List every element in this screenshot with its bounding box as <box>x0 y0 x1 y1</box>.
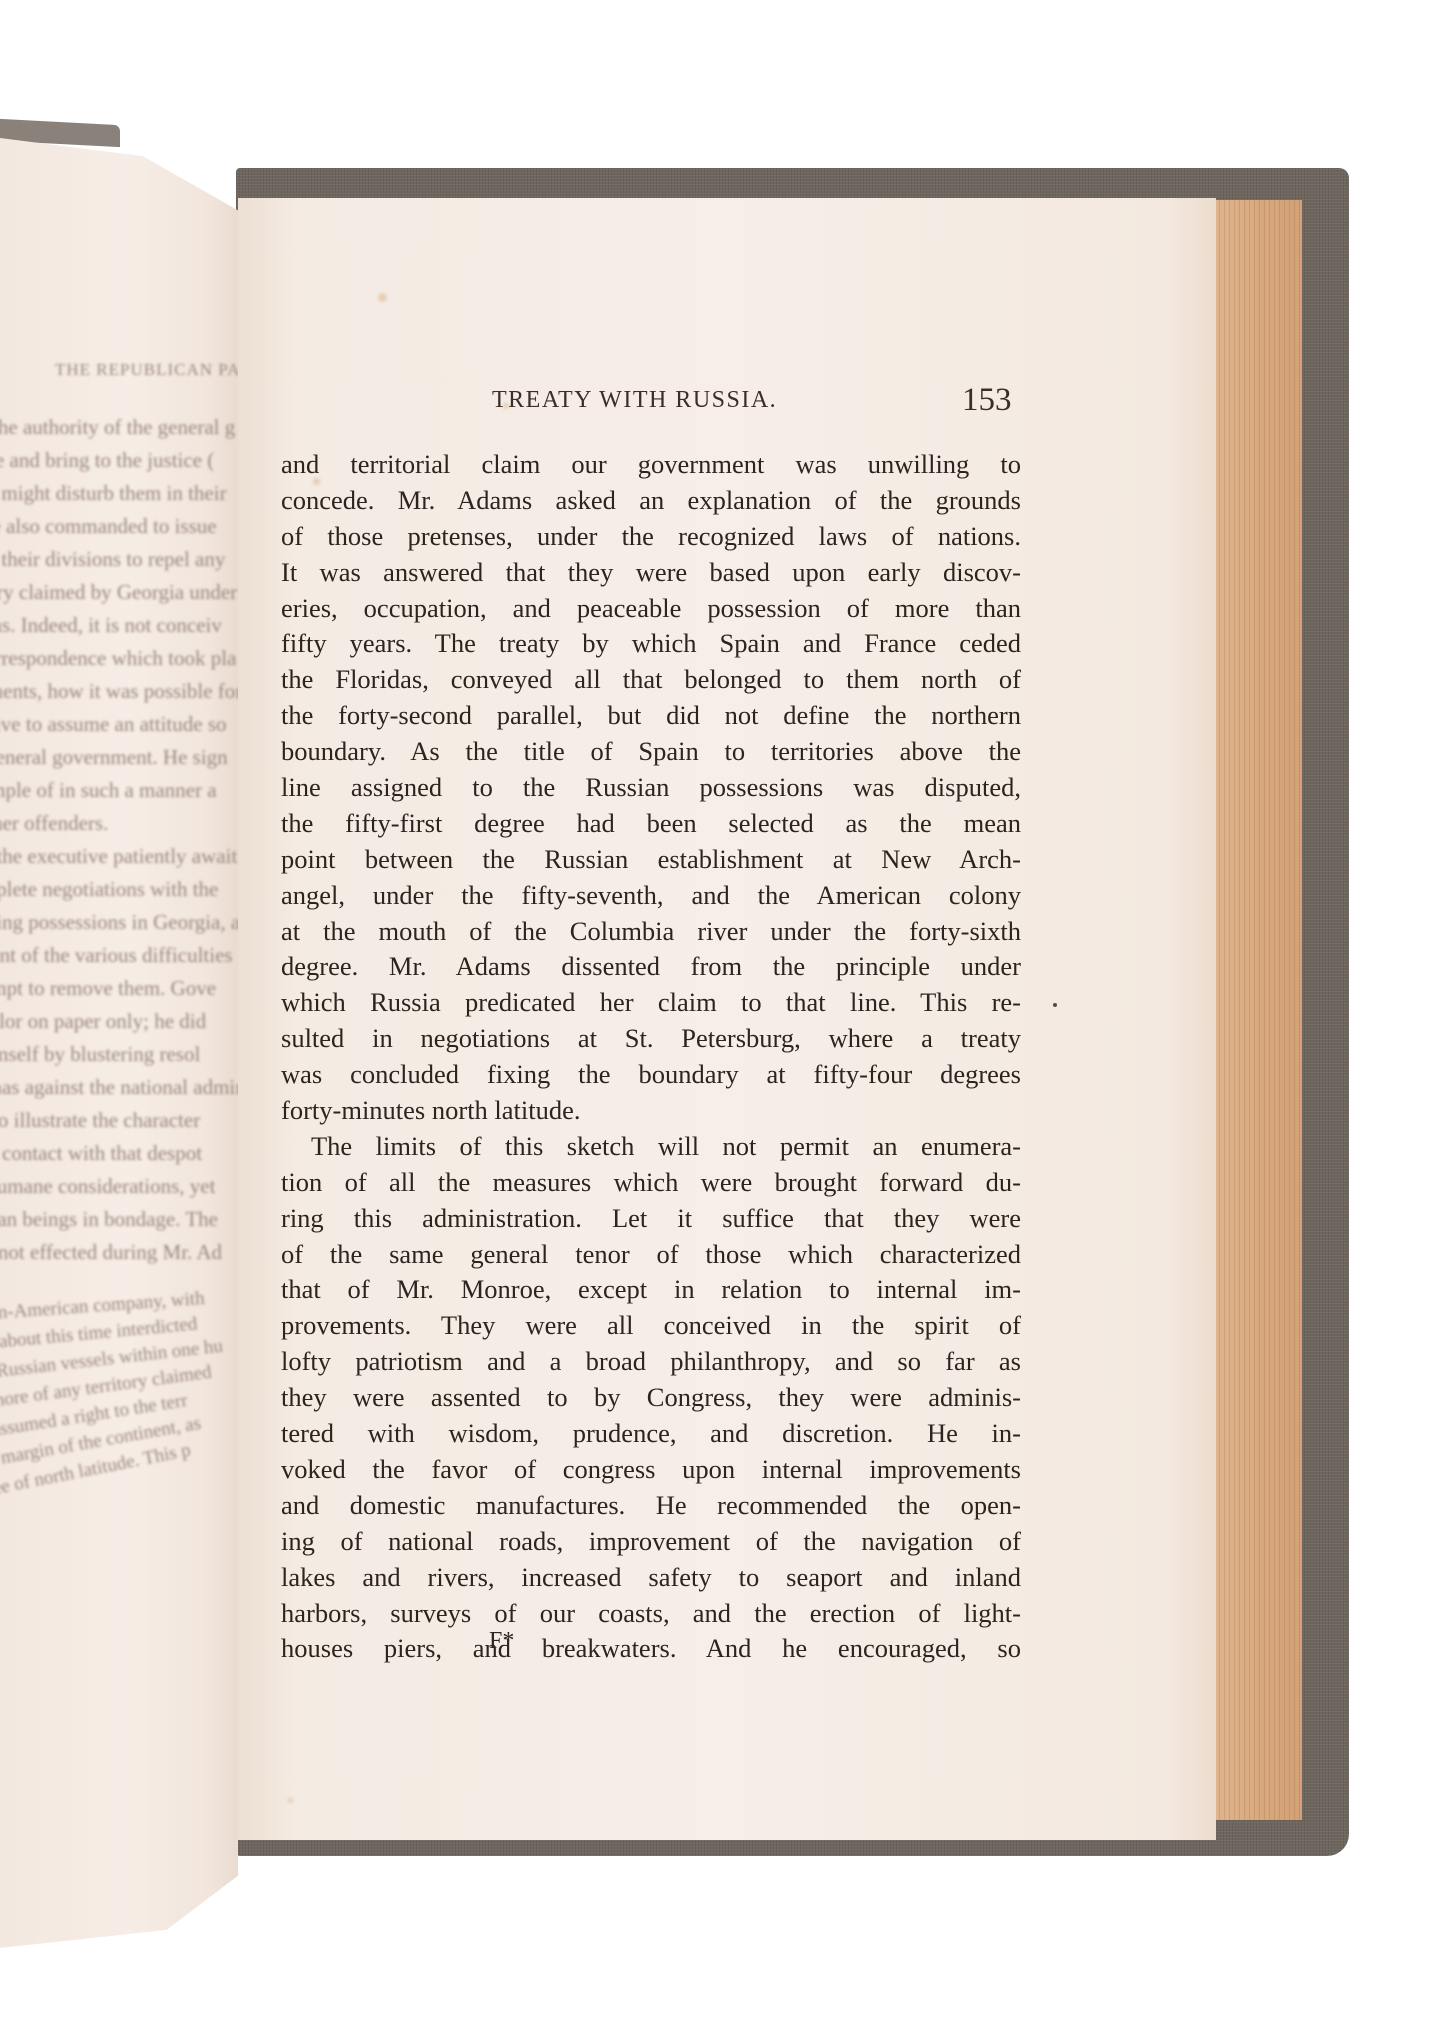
signature-mark: F* <box>489 1628 514 1655</box>
text-line: the forty-second parallel, but did not d… <box>281 698 1021 734</box>
left-text-line: rritory claimed by Georgia under <box>0 576 238 609</box>
left-page-lines: der the authority of the general gecute … <box>0 411 238 1269</box>
text-line: and domestic manufactures. He recommende… <box>281 1488 1021 1524</box>
left-text-line: he general government. He sign <box>0 741 238 774</box>
text-line: fifty years. The treaty by which Spain a… <box>281 626 1021 662</box>
text-line: that of Mr. Monroe, except in relation t… <box>281 1272 1021 1308</box>
left-text-line: example of in such a manner a <box>0 774 238 807</box>
left-text-line: complete negotiations with the <box>0 873 238 906</box>
text-line: the Floridas, conveyed all that belonged… <box>281 662 1021 698</box>
text-line: provements. They were all conceived in t… <box>281 1308 1021 1344</box>
text-line: was concluded fixing the boundary at fif… <box>281 1057 1021 1093</box>
ink-speck <box>1053 1003 1057 1007</box>
text-line: at the mouth of the Columbia river under… <box>281 914 1021 950</box>
page-fore-edge <box>1214 200 1302 1820</box>
text-line: voked the favor of congress upon interna… <box>281 1452 1021 1488</box>
text-line: boundary. As the title of Spain to terri… <box>281 734 1021 770</box>
left-text-line: ness their divisions to repel any <box>0 543 238 576</box>
text-line: angel, under the fifty-seventh, and the … <box>281 878 1021 914</box>
left-text-line: ations. Indeed, it is not conceiv <box>0 609 238 642</box>
text-line: tion of all the measures which were brou… <box>281 1165 1021 1201</box>
left-text-line: e correspondence which took pla <box>0 642 238 675</box>
text-line: The limits of this sketch will not permi… <box>281 1129 1021 1165</box>
text-line: lofty patriotism and a broad philanthrop… <box>281 1344 1021 1380</box>
left-text-line: human beings in bondage. The <box>0 1203 238 1236</box>
left-text-line: ernments, how it was possible for <box>0 675 238 708</box>
foxing-spot <box>288 1798 293 1803</box>
text-line: and territorial claim our government was… <box>281 447 1021 483</box>
left-text-line: ver, the executive patiently await <box>0 840 238 873</box>
left-text-line: is valor on paper only; he did <box>0 1005 238 1038</box>
left-text-line: d other offenders. <box>0 807 238 840</box>
left-text-line: ecute and bring to the justice ( <box>0 444 238 477</box>
text-line: houses piers, and breakwaters. And he en… <box>281 1631 1021 1667</box>
left-text-line: ecutive to assume an attitude so <box>0 708 238 741</box>
text-line: ring this administration. Let it suffice… <box>281 1201 1021 1237</box>
left-text-line: d himself by blustering resol <box>0 1038 238 1071</box>
text-line: sulted in negotiations at St. Petersburg… <box>281 1021 1021 1057</box>
text-line: of the same general tenor of those which… <box>281 1237 1021 1273</box>
text-line: lakes and rivers, increased safety to se… <box>281 1560 1021 1596</box>
text-line: It was answered that they were based upo… <box>281 555 1021 591</box>
text-line: which Russia predicated her claim to tha… <box>281 985 1021 1021</box>
text-line: line assigned to the Russian possessions… <box>281 770 1021 806</box>
left-text-line: red to illustrate the character <box>0 1104 238 1137</box>
running-head: TREATY WITH RUSSIA. <box>492 387 777 414</box>
text-line: the fifty-first degree had been selected… <box>281 806 1021 842</box>
page-body-text: and territorial claim our government was… <box>281 447 1021 1667</box>
left-page: THE REPUBLICAN PART der the authority of… <box>0 138 238 1948</box>
text-line: concede. Mr. Adams asked an explanation … <box>281 483 1021 519</box>
text-line: ing of national roads, improvement of th… <box>281 1524 1021 1560</box>
left-page-footnote: ussian-American company, witheror, about… <box>0 1301 238 1511</box>
left-text-line: who might disturb them in their <box>0 477 238 510</box>
text-line: harbors, surveys of our coasts, and the … <box>281 1596 1021 1632</box>
left-page-text: THE REPUBLICAN PART der the authority of… <box>0 353 238 1511</box>
left-text-line: stment of the various difficulties <box>0 939 238 972</box>
text-line: they were assented to by Congress, they … <box>281 1380 1021 1416</box>
text-line: forty-minutes north latitude. <box>281 1093 1021 1129</box>
left-text-line: was not effected during Mr. Ad <box>0 1236 238 1269</box>
text-line: degree. Mr. Adams dissented from the pri… <box>281 949 1021 985</box>
text-line: point between the Russian establishment … <box>281 842 1021 878</box>
text-line: of those pretenses, under the recognized… <box>281 519 1021 555</box>
left-text-line: d by contact with that despot <box>0 1137 238 1170</box>
left-text-line: themas against the national admin <box>0 1071 238 1104</box>
left-text-line: naining possessions in Georgia, and <box>0 906 238 939</box>
left-text-line: were also commanded to issue <box>0 510 238 543</box>
left-text-line: all humane considerations, yet <box>0 1170 238 1203</box>
page-number: 153 <box>962 382 1012 419</box>
text-line: eries, occupation, and peaceable possess… <box>281 591 1021 627</box>
left-running-head: THE REPUBLICAN PART <box>0 353 238 386</box>
left-text-line: der the authority of the general g <box>0 411 238 444</box>
left-text-line: attempt to remove them. Gove <box>0 972 238 1005</box>
foxing-spot <box>378 293 387 302</box>
text-line: tered with wisdom, prudence, and discret… <box>281 1416 1021 1452</box>
